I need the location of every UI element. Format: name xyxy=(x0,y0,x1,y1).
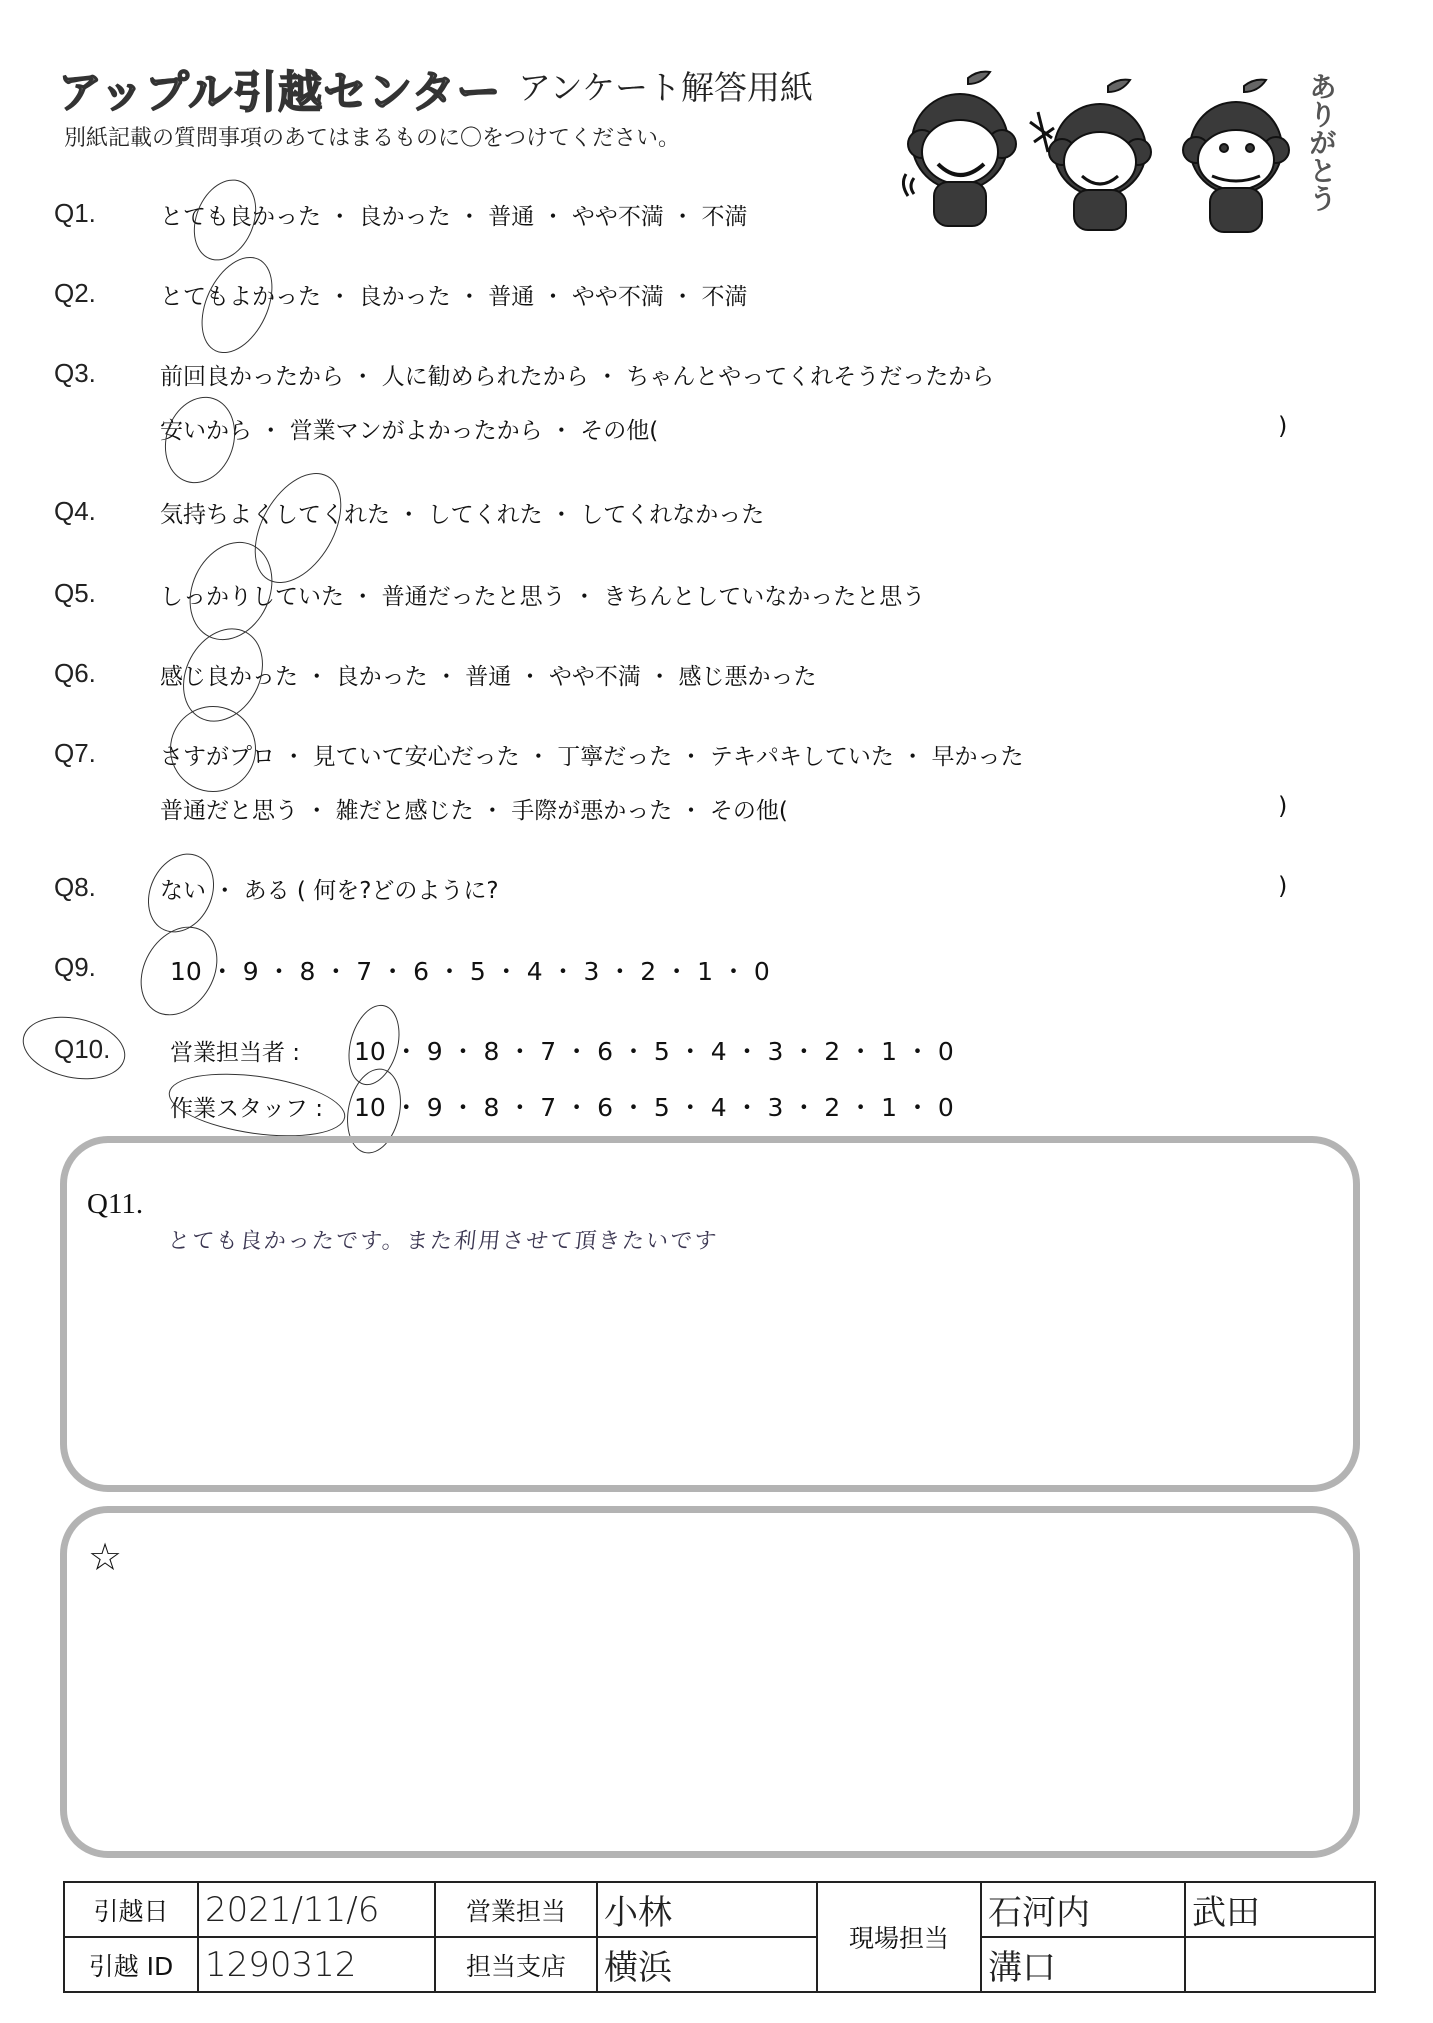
question-options-q4: 気持ちよくしてくれた ・ してくれた ・ してくれなかった xyxy=(160,496,764,529)
branch-value[interactable]: 横浜 xyxy=(597,1937,817,1992)
move-date-label: 引越日 xyxy=(64,1882,198,1937)
selection-circle-q10-label xyxy=(17,1008,131,1088)
site-staff-label: 現場担当 xyxy=(817,1882,981,1992)
move-id-label: 引越 ID xyxy=(64,1937,198,1992)
question-label-q5: Q5. xyxy=(54,578,96,609)
branch-label: 担当支店 xyxy=(435,1937,597,1992)
question-label-q2: Q2. xyxy=(54,278,96,309)
q11-label: Q11. xyxy=(87,1188,143,1221)
sales-person-value[interactable]: 小林 xyxy=(597,1882,817,1937)
question-label-q8: Q8. xyxy=(54,872,96,903)
question-options-q5: しっかりしていた ・ 普通だったと思う ・ きちんとしていなかったと思う xyxy=(160,578,925,611)
question-options-q3-line1: 前回良かったから ・ 人に勧められたから ・ ちゃんとやってくれそうだったから xyxy=(160,358,994,391)
question-options-q7-line2: 普通だと思う ・ 雑だと感じた ・ 手際が悪かった ・ その他( xyxy=(160,792,788,825)
site-staff-1[interactable]: 石河内 xyxy=(981,1882,1185,1937)
selection-circle-q1[interactable] xyxy=(182,170,267,270)
other-close-paren-q8: ) xyxy=(1278,872,1287,900)
monkey-mascot-icons xyxy=(898,64,1318,240)
question-label-q4: Q4. xyxy=(54,496,96,527)
selection-circle-q3[interactable] xyxy=(154,388,246,493)
question-scale-q9: 10 ・ 9 ・ 8 ・ 7 ・ 6 ・ 5 ・ 4 ・ 3 ・ 2 ・ 1 ・… xyxy=(170,952,770,988)
question-options-q7-line1: さすがプロ ・ 見ていて安心だった ・ 丁寧だった ・ テキパキしていた ・ 早… xyxy=(160,738,1024,771)
form-subtitle: アンケート解答用紙 xyxy=(518,62,813,109)
q10-sales-scale: 10 ・ 9 ・ 8 ・ 7 ・ 6 ・ 5 ・ 4 ・ 3 ・ 2 ・ 1 ・… xyxy=(354,1032,954,1068)
site-staff-3[interactable]: 溝口 xyxy=(981,1937,1185,1992)
other-close-paren-q7: ) xyxy=(1278,792,1287,820)
company-title: アップル引越センター xyxy=(58,56,501,120)
monkey-icon-happy xyxy=(1030,80,1151,230)
thanks-text: ありがとう xyxy=(1302,72,1338,212)
question-label-q1: Q1. xyxy=(54,198,96,229)
question-label-q9: Q9. xyxy=(54,952,96,983)
star-icon: ☆ xyxy=(88,1538,122,1576)
q11-comment-box[interactable] xyxy=(60,1136,1360,1492)
star-comment-box[interactable] xyxy=(60,1506,1360,1858)
instruction-text: 別紙記載の質問事項のあてはまるものに〇をつけてください。 xyxy=(64,121,680,152)
move-info-table: 引越日 2021/11/6 営業担当 小林 現場担当 石河内 武田 引越 ID … xyxy=(63,1881,1376,1993)
q11-handwritten-answer: とても良かったです。また利用させて頂きたいです xyxy=(166,1224,720,1255)
q10-staff-scale: 10 ・ 9 ・ 8 ・ 7 ・ 6 ・ 5 ・ 4 ・ 3 ・ 2 ・ 1 ・… xyxy=(354,1088,954,1124)
selection-circle-q10-staff-label xyxy=(165,1064,349,1146)
site-staff-4[interactable] xyxy=(1185,1937,1375,1992)
question-label-q3: Q3. xyxy=(54,358,96,389)
question-label-q7: Q7. xyxy=(54,738,96,769)
q10-sales-label: 営業担当者 : xyxy=(170,1034,300,1067)
sales-label: 営業担当 xyxy=(435,1882,597,1937)
move-date-value[interactable]: 2021/11/6 xyxy=(198,1882,435,1937)
selection-circle-q7[interactable] xyxy=(153,689,273,809)
site-staff-2[interactable]: 武田 xyxy=(1185,1882,1375,1937)
other-close-paren-q3: ) xyxy=(1278,412,1287,440)
monkey-icon-wink xyxy=(903,72,1016,226)
question-label-q6: Q6. xyxy=(54,658,96,689)
monkey-icon-smile xyxy=(1183,80,1289,232)
move-id-value[interactable]: 1290312 xyxy=(198,1937,435,1992)
